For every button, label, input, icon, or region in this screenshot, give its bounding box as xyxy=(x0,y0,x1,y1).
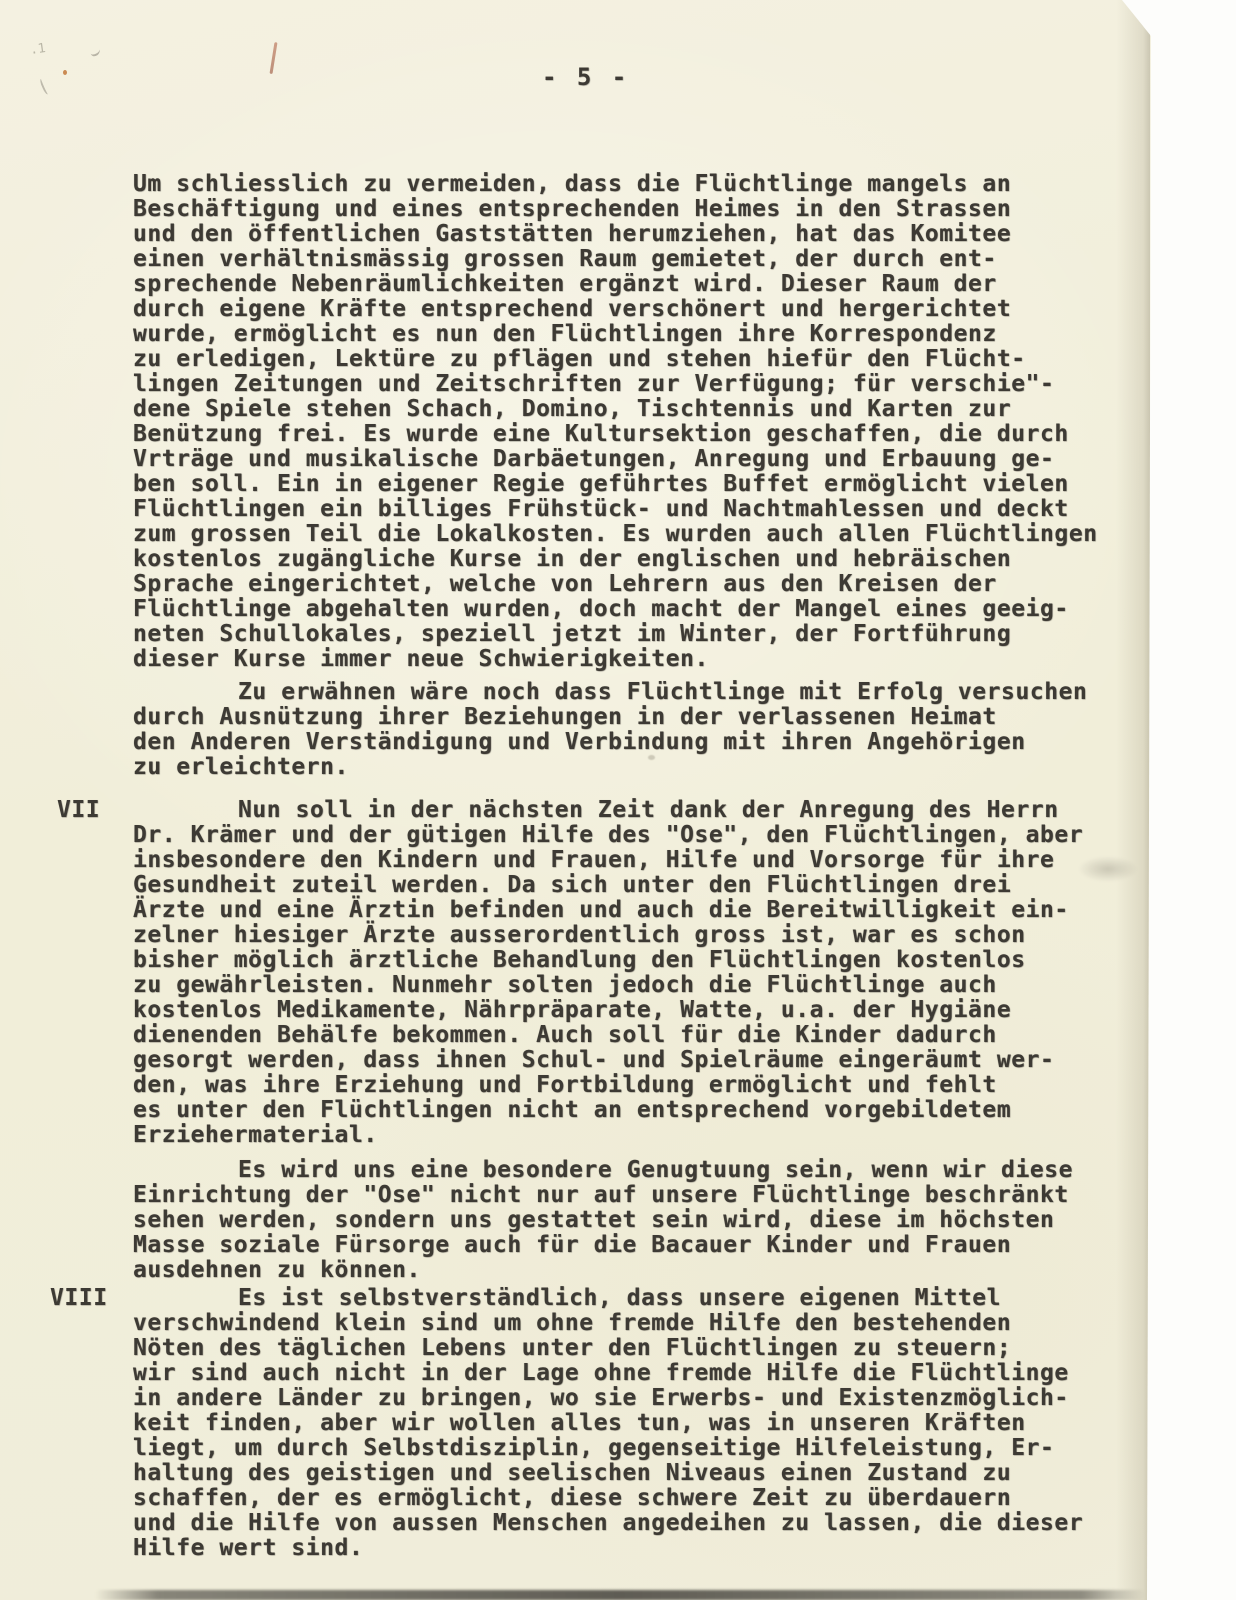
text-line: liegt, um durch Selbstdisziplin, gegense… xyxy=(133,1436,1083,1461)
text-line: Es wird uns eine besondere Genugtuung se… xyxy=(133,1158,1073,1183)
text-line: dieser Kurse immer neue Schwierigkeiten. xyxy=(133,647,1098,672)
text-line: und die Hilfe von aussen Menschen angede… xyxy=(133,1511,1083,1536)
text-line: wurde, ermöglicht es nun den Flüchtlinge… xyxy=(133,322,1098,347)
text-line: ausdehnen zu können. xyxy=(133,1258,1073,1283)
text-line: zu erleichtern. xyxy=(133,755,1087,780)
text-line: dene Spiele stehen Schach, Domino, Tisch… xyxy=(133,397,1098,422)
text-line: den Anderen Verständigung und Verbindung… xyxy=(133,730,1087,755)
text-line: einen verhältnismässig grossen Raum gemi… xyxy=(133,247,1098,272)
text-line: neten Schullokales, speziell jetzt im Wi… xyxy=(133,622,1098,647)
text-line: Gesundheit zuteil werden. Da sich unter … xyxy=(133,873,1083,898)
text-line: gesorgt werden, dass ihnen Schul- und Sp… xyxy=(133,1048,1083,1073)
text-line: durch eigene Kräfte entsprechend verschö… xyxy=(133,297,1098,322)
text-line: dienenden Behälfe bekommen. Auch soll fü… xyxy=(133,1023,1083,1048)
page-number: - 5 - xyxy=(542,63,629,91)
paragraph-2: Zu erwähnen wäre noch dass Flüchtlinge m… xyxy=(133,680,1087,780)
text-line: wir sind auch nicht in der Lage ohne fre… xyxy=(133,1361,1083,1386)
paragraph-1: Um schliesslich zu vermeiden, dass die F… xyxy=(133,172,1098,672)
text-line: lingen Zeitungen und Zeitschriften zur V… xyxy=(133,372,1098,397)
text-line: Nöten des täglichen Lebens unter den Flü… xyxy=(133,1336,1083,1361)
paper-edge-shade xyxy=(1116,0,1150,1600)
text-line: in andere Länder zu bringen, wo sie Erwe… xyxy=(133,1386,1083,1411)
text-line: es unter den Flüchtlingen nicht an entsp… xyxy=(133,1098,1083,1123)
text-line: Vrträge und musikalische Darbäetungen, A… xyxy=(133,447,1098,472)
text-line: Erziehermaterial. xyxy=(133,1123,1083,1148)
text-line: durch Ausnützung ihrer Beziehungen in de… xyxy=(133,705,1087,730)
text-line: Sprache eingerichtet, welche von Lehrern… xyxy=(133,572,1098,597)
text-line: sehen werden, sondern uns gestattet sein… xyxy=(133,1208,1073,1233)
text-line: ben soll. Ein in eigener Regie geführtes… xyxy=(133,472,1098,497)
text-line: Nun soll in der nächsten Zeit dank der A… xyxy=(133,798,1083,823)
text-line: und den öffentlichen Gaststätten herumzi… xyxy=(133,222,1098,247)
text-line: zelner hiesiger Ärzte ausserordentlich g… xyxy=(133,923,1083,948)
paragraph-vii: Nun soll in der nächsten Zeit dank der A… xyxy=(133,798,1083,1148)
text-line: den, was ihre Erziehung und Fortbildung … xyxy=(133,1073,1083,1098)
text-line: Benützung frei. Es wurde eine Kultursekt… xyxy=(133,422,1098,447)
text-line: kostenlos zugängliche Kurse in der engli… xyxy=(133,547,1098,572)
section-label-viii: VIII xyxy=(50,1286,108,1311)
text-line: schaffen, der es ermöglicht, diese schwe… xyxy=(133,1486,1083,1511)
text-line: Zu erwähnen wäre noch dass Flüchtlinge m… xyxy=(133,680,1087,705)
text-line: Flüchtlinge abgehalten wurden, doch mach… xyxy=(133,597,1098,622)
text-line: Beschäftigung und eines entsprechenden H… xyxy=(133,197,1098,222)
text-line: zu erledigen, Lektüre zu pflägen und ste… xyxy=(133,347,1098,372)
text-line: Dr. Krämer und der gütigen Hilfe des "Os… xyxy=(133,823,1083,848)
text-line: bisher möglich ärztliche Behandlung den … xyxy=(133,948,1083,973)
text-line: haltung des geistigen und seelischen Niv… xyxy=(133,1461,1083,1486)
text-line: Einrichtung der "Ose" nicht nur auf unse… xyxy=(133,1183,1073,1208)
text-line: Flüchtlingen ein billiges Frühstück- und… xyxy=(133,497,1098,522)
text-line: verschwindend klein sind um ohne fremde … xyxy=(133,1311,1083,1336)
text-line: Ärzte und eine Ärztin befinden und auch … xyxy=(133,898,1083,923)
scan-edge-shadow xyxy=(95,1590,1145,1600)
text-line: keit finden, aber wir wollen alles tun, … xyxy=(133,1411,1083,1436)
text-line: sprechende Nebenräumlichkeiten ergänzt w… xyxy=(133,272,1098,297)
paragraph-viii: Es ist selbstverständlich, dass unsere e… xyxy=(133,1286,1083,1561)
text-line: insbesondere den Kindern und Frauen, Hil… xyxy=(133,848,1083,873)
text-line: Um schliesslich zu vermeiden, dass die F… xyxy=(133,172,1098,197)
text-line: Es ist selbstverständlich, dass unsere e… xyxy=(133,1286,1083,1311)
text-line: Hilfe wert sind. xyxy=(133,1536,1083,1561)
text-line: kostenlos Medikamente, Nährpräparate, Wa… xyxy=(133,998,1083,1023)
text-line: zu gewährleisten. Nunmehr solten jedoch … xyxy=(133,973,1083,998)
text-line: zum grossen Teil die Lokalkosten. Es wur… xyxy=(133,522,1098,547)
text-line: Masse soziale Fürsorge auch für die Baca… xyxy=(133,1233,1073,1258)
paragraph-4: Es wird uns eine besondere Genugtuung se… xyxy=(133,1158,1073,1283)
section-label-vii: VII xyxy=(57,798,100,823)
